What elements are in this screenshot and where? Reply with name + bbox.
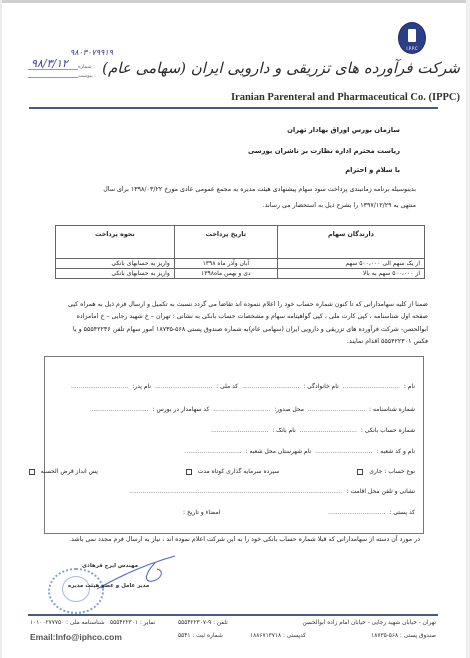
cell-shareholders: از یک سهم الی ۵۰۰،۰۰۰ سهم [277, 259, 424, 269]
cell-payment-date: دی و بهمن ماه۱۳۹۸ [174, 269, 277, 279]
branch-city-label: نام شهرستان محل شعبه : [246, 448, 312, 455]
recipient-line-2: ریاست محترم اداره نظارت بر ناشران بورسی [248, 147, 400, 155]
checkbox-current-account[interactable] [357, 469, 363, 475]
issue-place-label: محل صدور: [274, 406, 304, 413]
footer-national-id: شناسنامه ملی : ۱۰۱۰۰۲۷۷۷۵۰ [30, 620, 105, 626]
footer-phone: تلفن : ۹-۵۵۵۴۲۲۳۰۷ [178, 620, 228, 626]
name-label: نام : [404, 383, 415, 390]
family-name-field[interactable]: .............................. [242, 383, 299, 390]
col-header-payment-date: تاریخ پرداخت [174, 226, 277, 259]
stamp-emblem-icon [62, 576, 90, 602]
company-name-en: Iranian Parenteral and Pharmaceutical Co… [231, 92, 460, 103]
page-right-border [466, 0, 470, 658]
footer-registration: شماره ثبت : ۵۵۴۱ [178, 633, 223, 639]
form-row-address: نشانی و تلفن محل اقامت : ...............… [127, 488, 415, 495]
shareholder-code-label: کد سهامدار در بورس : [153, 406, 210, 413]
cell-payment-method: واریز به حسابهای بانکی [56, 259, 175, 269]
account-type-label: نوع حساب : جاری [369, 468, 415, 475]
header-divider [29, 107, 438, 109]
family-name-label: نام خانوادگی : [303, 383, 339, 390]
national-code-field[interactable]: .............................. [155, 383, 212, 390]
company-name-fa: شرکت فرآورده های تزریقی و دارویی ایران (… [102, 59, 460, 77]
shareholder-code-field[interactable]: .............................. [91, 406, 148, 413]
id-number-label: شماره شناسنامه : [369, 406, 415, 413]
signatory-title: مدیر عامل و عضو هیئت مدیره [68, 583, 149, 589]
form-row-branch: نام و کد شعبه : ........................… [182, 448, 415, 455]
id-number-field[interactable]: .............................. [308, 406, 365, 413]
col-header-shareholders: دارندگان سهام [277, 226, 424, 259]
branch-label: نام و کد شعبه : [376, 448, 415, 455]
notice-line-1: ضمنا از کلیه سهامدارانی که تا کنون شماره… [68, 301, 428, 308]
closing-note: در مورد آن دسته از سهامدارانی که قبلا شم… [69, 536, 420, 543]
page-top-border [0, 0, 470, 3]
savings-account-label: پس انداز قرض الحسنه [41, 468, 98, 475]
bank-account-field[interactable]: .............................. [300, 427, 357, 434]
national-code-label: کد ملی : [216, 383, 238, 390]
bank-name-label: نام بانک : [272, 427, 296, 434]
page-left-border [0, 0, 2, 658]
bank-account-label: شماره حساب بانکی : [361, 427, 415, 434]
footer-fax: نمابر : ۵۵۵۴۲۲۳۰۱ [110, 620, 155, 626]
footer-email: Email:Info@iphco.com [30, 632, 122, 642]
cell-payment-method: واریز به حسابهای بانکی [56, 269, 175, 279]
father-name-label: نام پدر: [132, 383, 151, 390]
branch-field[interactable]: .............................. [315, 448, 372, 455]
table-header-row: دارندگان سهام تاریخ پرداخت نحوه پرداخت [56, 226, 425, 259]
logo-emblem [408, 29, 416, 42]
name-field[interactable]: .............................. [343, 383, 400, 390]
notice-line-4: فکس ۵۵۵۴۲۲۳۰۱ اقدام نمایند. [347, 338, 428, 345]
postal-code-label: کد پستی : [389, 509, 415, 516]
form-row-account-type: نوع حساب : جاری سپرده سرمایه گذاری کوتاه… [53, 468, 415, 475]
cell-shareholders: از ۵۰۰،۰۰۰ سهم به بالا [277, 269, 424, 279]
branch-city-field[interactable]: .............................. [184, 448, 241, 455]
notice-line-3: ابوالحسن- شرکت فرآورده های تزریقی و دارو… [73, 326, 428, 333]
footer-address: تهران - خیابان شهید رجایی - خیابان امام … [302, 620, 436, 626]
body-line-2: منتهی به ۱۳۹۷/۱۲/۲۹ را بشرح ذیل به استحض… [263, 202, 416, 209]
short-term-deposit-label: سپرده سرمایه گذاری کوتاه مدت [198, 468, 280, 475]
attachment-line [28, 77, 78, 78]
form-row-name: نام : .............................. نام… [69, 383, 415, 390]
attachment-label: : پیوست [78, 73, 96, 79]
father-name-field[interactable]: .............................. [71, 383, 128, 390]
checkbox-short-term-deposit[interactable] [186, 469, 192, 475]
signatory-name: مهندس ایرج فرهادی [82, 563, 138, 569]
signature-date-label: امضاء و تاریخ : [183, 509, 220, 516]
footer-postal-code: کدپستی : ۱۸۸۶۷۱۳۷۱۸ [250, 633, 306, 639]
company-logo-icon: I.P.P.C [398, 22, 426, 54]
bank-info-form: نام : .............................. نام… [44, 356, 424, 534]
handwritten-ref-number: ۹۸۰۳۰۷۹۹۱۹ [70, 48, 113, 57]
logo-text: I.P.P.C [399, 46, 425, 51]
greeting: با سلام و احترام [345, 166, 400, 174]
address-label: نشانی و تلفن محل اقامت : [347, 488, 415, 495]
postal-code-field[interactable]: .............................. [328, 509, 385, 516]
form-row-bank: شماره حساب بانکی : .....................… [209, 427, 415, 434]
body-line-1: بدینوسیله برنامه زمانبندی پرداخت سود سها… [103, 186, 416, 193]
table-row: از یک سهم الی ۵۰۰،۰۰۰ سهم آبان وآذر ماه … [56, 259, 425, 269]
notice-line-2: صفحه اول شناسنامه ، کپی کارت ملی ، کپی گ… [77, 313, 428, 320]
col-header-payment-method: نحوه پرداخت [56, 226, 175, 259]
form-row-id: شماره شناسنامه : .......................… [89, 406, 415, 413]
dividend-schedule-table: دارندگان سهام تاریخ پرداخت نحوه پرداخت ا… [55, 225, 425, 279]
ref-number-line [28, 69, 78, 70]
checkbox-savings-account[interactable] [29, 469, 35, 475]
address-field[interactable]: ........................................… [129, 488, 343, 495]
footer-po-box: صندوق پستی : ۵۶۸-۱۸۷۳۵ [371, 633, 436, 639]
ref-number-label: : شماره [78, 64, 95, 70]
cell-payment-date: آبان وآذر ماه ۱۳۹۸ [174, 259, 277, 269]
footer-divider [28, 614, 438, 616]
issue-place-field[interactable]: .............................. [213, 406, 270, 413]
table-row: از ۵۰۰،۰۰۰ سهم به بالا دی و بهمن ماه۱۳۹۸… [56, 269, 425, 279]
recipient-line-1: سازمان بورس اوراق بهادار تهران [287, 126, 400, 134]
bank-name-field[interactable]: .............................. [211, 427, 268, 434]
form-row-postal: کد پستی : ..............................… [181, 509, 415, 516]
